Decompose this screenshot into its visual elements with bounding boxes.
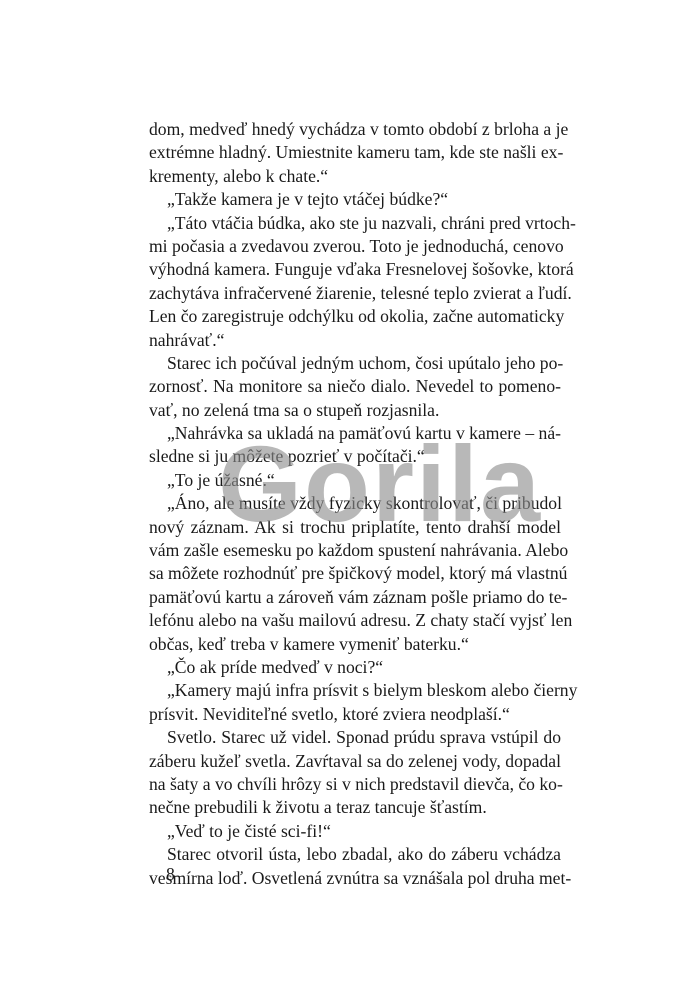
text-line: „Kamery majú infra prísvit s bielym bles…	[149, 679, 561, 702]
text-line: vesmírna loď. Osvetlená zvnútra sa vznáš…	[149, 867, 561, 890]
text-line: pamäťovú kartu a zároveň vám záznam pošl…	[149, 586, 561, 609]
text-line: nový záznam. Ak si trochu priplatíte, te…	[149, 516, 561, 539]
text-line: „Nahrávka sa ukladá na pamäťovú kartu v …	[149, 422, 561, 445]
body-text: dom, medveď hnedý vychádza v tomto obdob…	[149, 118, 561, 890]
text-line: „Takže kamera je v tejto vtáčej búdke?“	[149, 188, 561, 211]
text-line: na šaty a vo chvíli hrôzy si v nich pred…	[149, 773, 561, 796]
book-page: dom, medveď hnedý vychádza v tomto obdob…	[0, 0, 700, 993]
text-line: Svetlo. Starec už videl. Sponad prúdu sp…	[149, 726, 561, 749]
text-line: „Veď to je čisté sci-fi!“	[149, 820, 561, 843]
text-line: lefónu alebo na vašu mailovú adresu. Z c…	[149, 609, 561, 632]
text-line: „Čo ak príde medveď v noci?“	[149, 656, 561, 679]
text-line: zornosť. Na monitore sa niečo dialo. Nev…	[149, 375, 561, 398]
text-line: „Áno, ale musíte vždy fyzicky skontrolov…	[149, 492, 561, 515]
text-line: extrémne hladný. Umiestnite kameru tam, …	[149, 141, 561, 164]
text-line: Len čo zaregistruje odchýlku od okolia, …	[149, 305, 561, 328]
page-number: 8	[166, 864, 175, 885]
text-line: sa môžete rozhodnúť pre špičkový model, …	[149, 562, 561, 585]
text-line: vám zašle esemesku po každom spustení na…	[149, 539, 561, 562]
text-line: Starec otvoril ústa, lebo zbadal, ako do…	[149, 843, 561, 866]
text-line: výhodná kamera. Funguje vďaka Fresnelove…	[149, 258, 561, 281]
text-line: sledne si ju môžete pozrieť v počítači.“	[149, 445, 561, 468]
text-line: nahrávať.“	[149, 329, 561, 352]
text-line: vať, no zelená tma sa o stupeň rozjasnil…	[149, 399, 561, 422]
text-line: „To je úžasné.“	[149, 469, 561, 492]
text-line: mi počasia a zvedavou zverou. Toto je je…	[149, 235, 561, 258]
text-line: krementy, alebo k chate.“	[149, 165, 561, 188]
text-line: dom, medveď hnedý vychádza v tomto obdob…	[149, 118, 561, 141]
text-line: zachytáva infračervené žiarenie, telesné…	[149, 282, 561, 305]
text-line: „Táto vtáčia búdka, ako ste ju nazvali, …	[149, 212, 561, 235]
text-line: Starec ich počúval jedným uchom, čosi up…	[149, 352, 561, 375]
text-line: záberu kužeľ svetla. Zavŕtaval sa do zel…	[149, 750, 561, 773]
text-line: nečne prebudili k životu a teraz tancuje…	[149, 796, 561, 819]
text-line: občas, keď treba v kamere vymeniť baterk…	[149, 633, 561, 656]
text-line: prísvit. Neviditeľné svetlo, ktoré zvier…	[149, 703, 561, 726]
